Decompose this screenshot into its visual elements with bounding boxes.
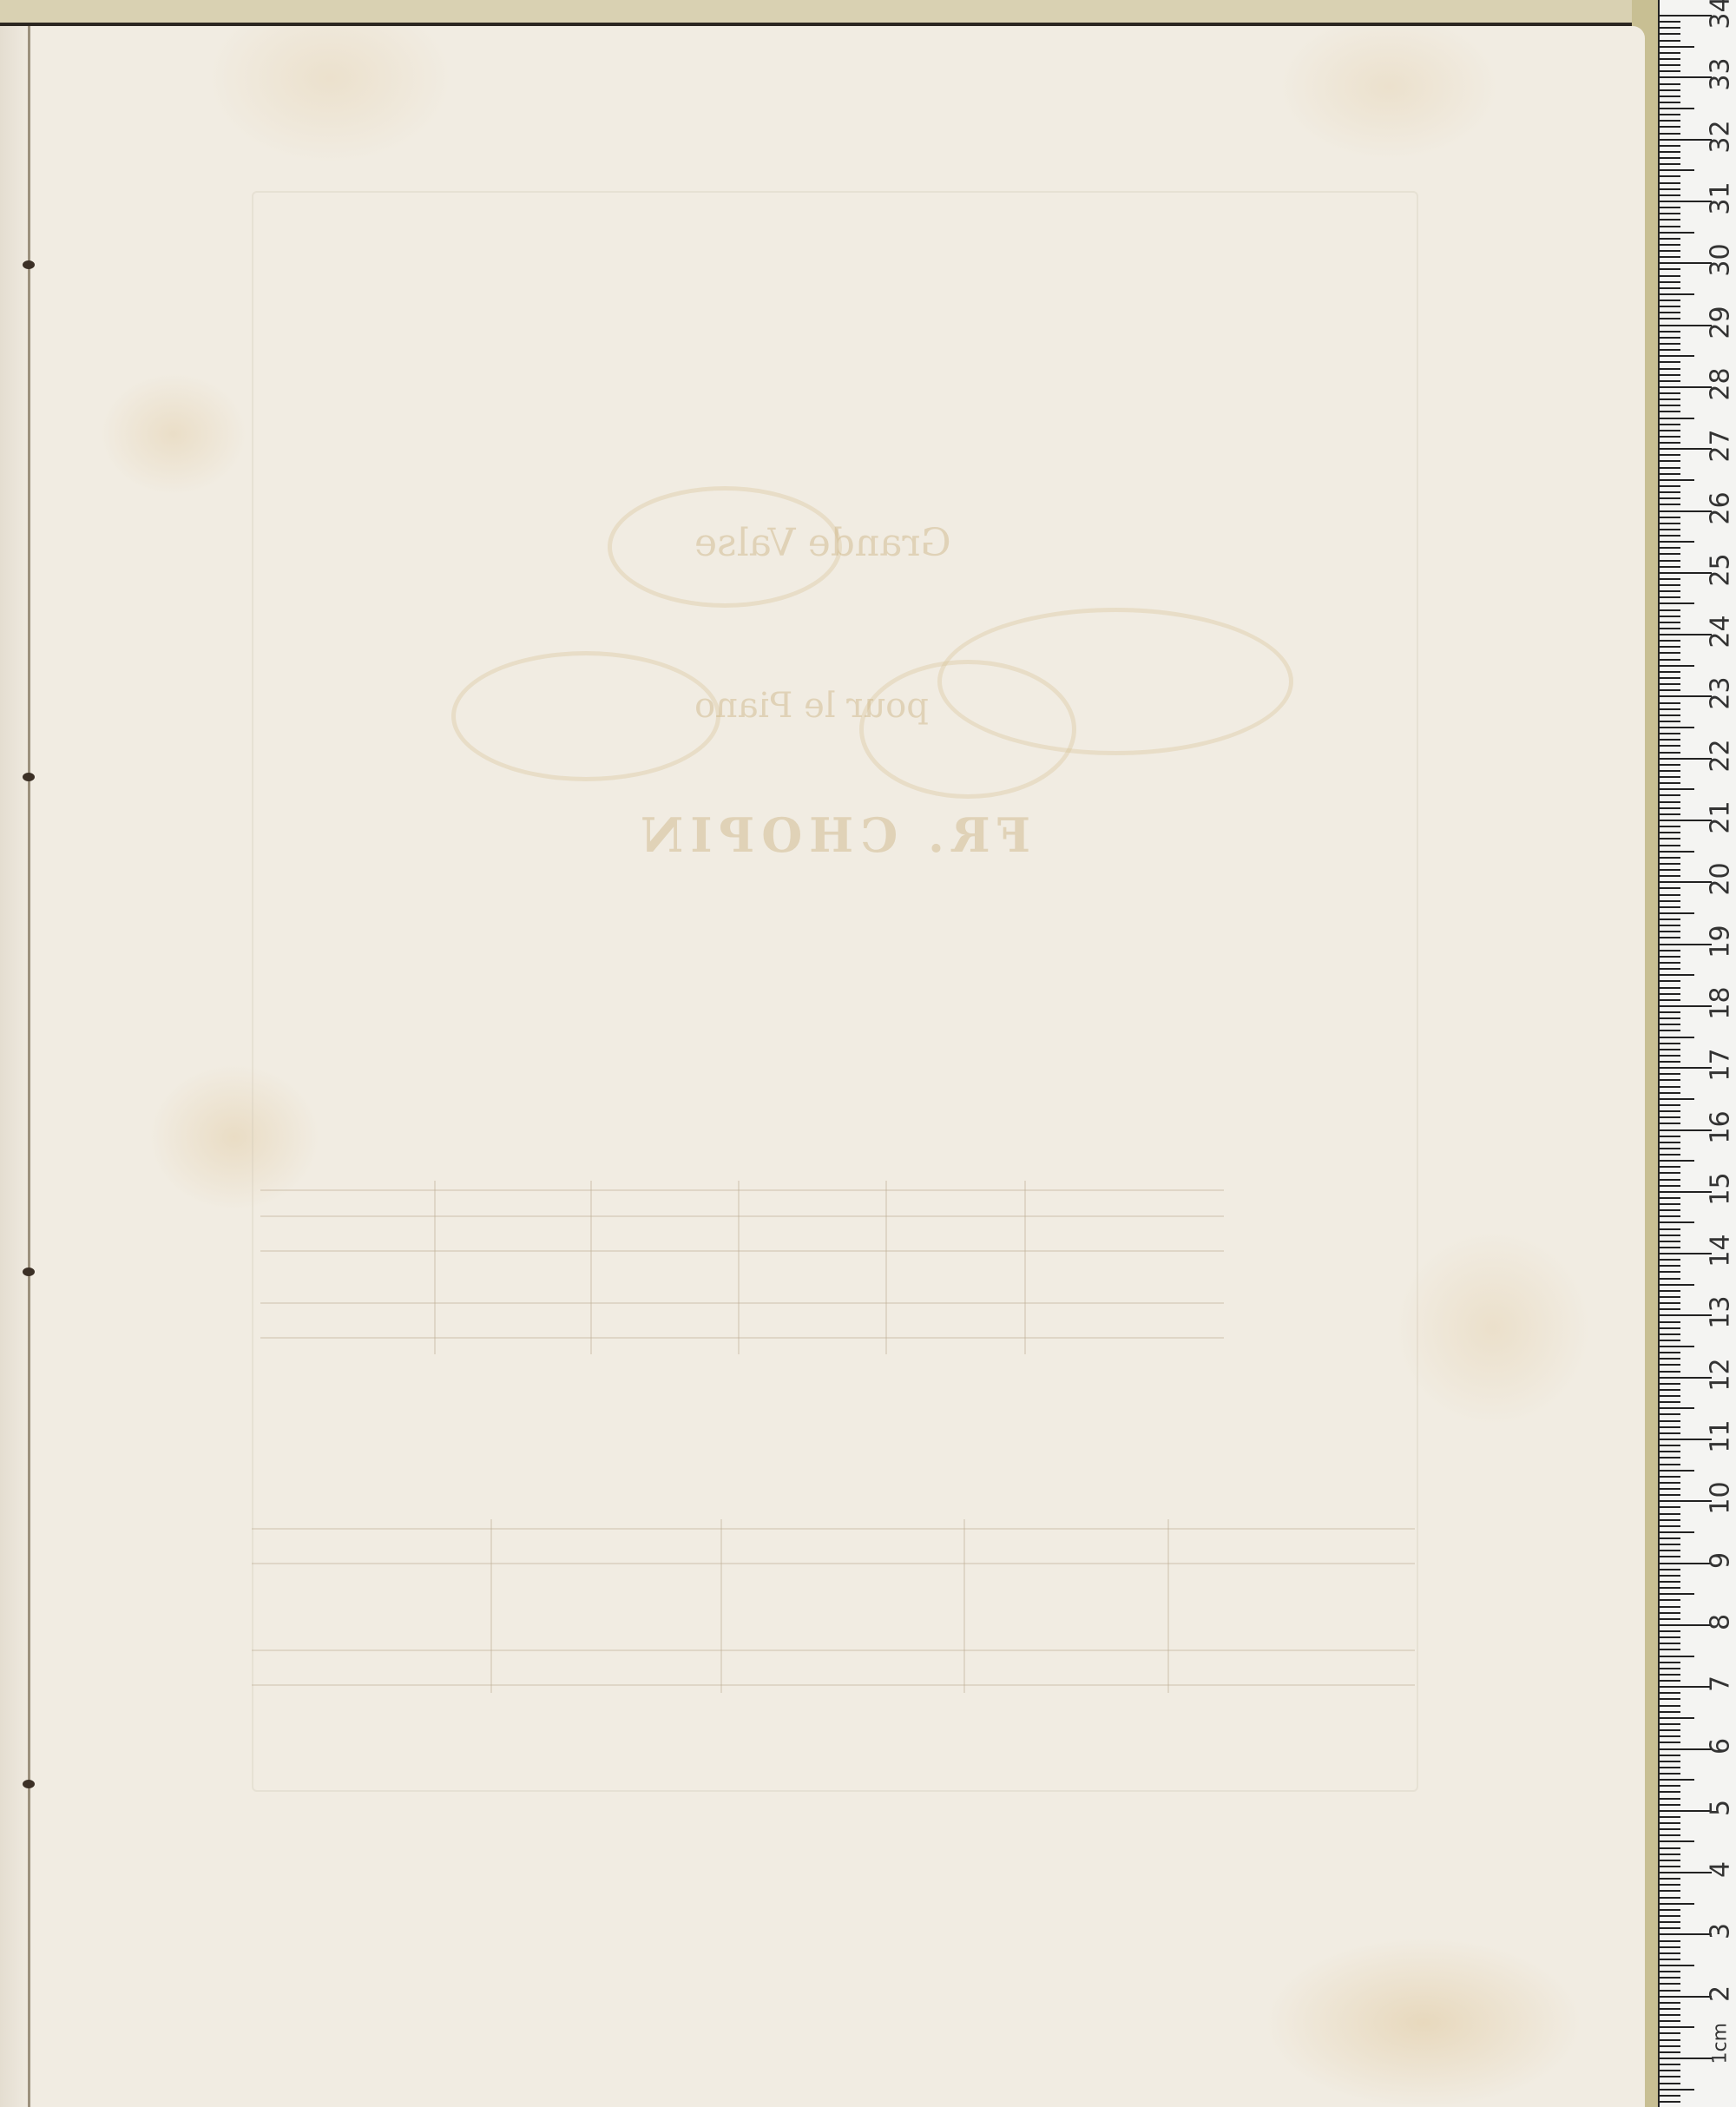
ruler-label: 11 [1706, 1419, 1736, 1454]
ruler-label: 30 [1706, 243, 1736, 278]
ruler-label: 19 [1706, 924, 1736, 958]
plate-mark [252, 191, 1418, 1792]
ruler-label: 22 [1706, 738, 1736, 773]
ruler-label: 3 [1706, 1914, 1736, 1949]
ruler-label: 20 [1706, 862, 1736, 897]
ruler-label: 27 [1706, 429, 1736, 464]
ruler-label: 2 [1706, 1976, 1736, 2011]
ruler-label: 8 [1706, 1604, 1736, 1639]
ruler-label: 16 [1706, 1109, 1736, 1144]
ruler-label: 32 [1706, 119, 1736, 154]
ruler-label: 21 [1706, 800, 1736, 835]
ruler-label: 4 [1706, 1853, 1736, 1887]
mirrored-composer: FR. CHOPIN [634, 807, 1030, 863]
ruler-label: 15 [1706, 1171, 1736, 1206]
ruler-label: 28 [1706, 366, 1736, 401]
ornament-flourish [859, 660, 1076, 799]
ruler-label: 9 [1706, 1543, 1736, 1577]
ruler-label: 17 [1706, 1048, 1736, 1083]
ruler-label: 33 [1706, 57, 1736, 92]
ruler-label: 7 [1706, 1667, 1736, 1702]
measurement-ruler: 1cm 234567891011121314151617181920212223… [1658, 0, 1736, 2107]
stitch-hole [23, 1267, 35, 1276]
ruler-label: 34 [1706, 0, 1736, 30]
ruler-label: 31 [1706, 181, 1736, 216]
ruler-label: 12 [1706, 1357, 1736, 1392]
ornament-flourish [451, 651, 720, 781]
top-binding-strip [0, 0, 1658, 26]
ruler-label: 18 [1706, 985, 1736, 1020]
ruler-label: 26 [1706, 491, 1736, 525]
page-fold [0, 26, 31, 2107]
ruler-label: 5 [1706, 1790, 1736, 1825]
mirrored-title: Grande Valse [694, 521, 951, 565]
stitch-hole [23, 773, 35, 781]
ruler-unit-label: 1cm [1710, 2030, 1732, 2064]
stitch-hole [23, 260, 35, 269]
ruler-label: 24 [1706, 615, 1736, 649]
ruler-label: 23 [1706, 676, 1736, 711]
stitch-hole [23, 1780, 35, 1788]
ruler-label: 13 [1706, 1295, 1736, 1330]
ruler-label: 6 [1706, 1728, 1736, 1763]
ruler-label: 25 [1706, 552, 1736, 587]
ruler-label: 10 [1706, 1481, 1736, 1516]
ruler-label: 29 [1706, 305, 1736, 339]
mirrored-subtitle: pour le Piano [694, 686, 929, 726]
ruler-label: 14 [1706, 1234, 1736, 1268]
binding-spine [28, 26, 30, 2107]
